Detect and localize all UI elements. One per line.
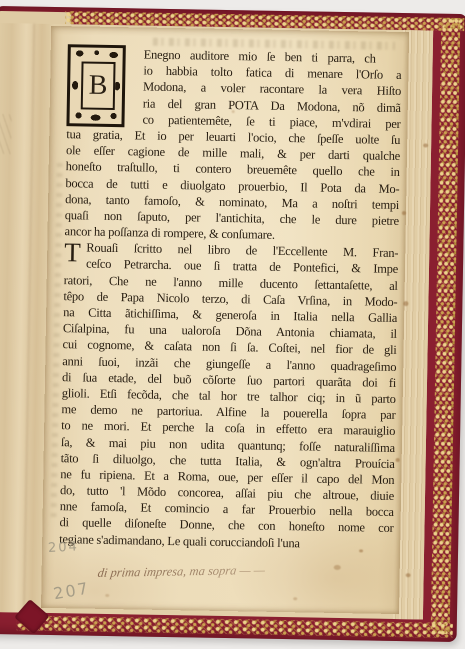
flyleaf-ink-marks: [0, 114, 12, 154]
foxing-spot: [406, 573, 411, 577]
pencil-number-upper: 204: [48, 539, 80, 556]
foxing-spot: [359, 549, 363, 552]
foxing-spot: [105, 594, 109, 597]
paragraph-1: Enegno auditore mio ſe ben ti parra, chi…: [64, 45, 401, 245]
foxing-spot: [334, 565, 341, 570]
printed-text: Enegno auditore mio ſe ben ti parra, chi…: [59, 45, 402, 553]
foxing-spot: [232, 110, 235, 113]
foxing-spot: [396, 458, 400, 462]
initial-T: T: [64, 237, 81, 267]
paragraph-2: Rouaſi ſcritto nel libro de l'Eccellente…: [59, 239, 398, 552]
book: B Enegno auditore mio ſe ben ti parra, c…: [0, 6, 465, 642]
foxing-spot: [293, 597, 297, 600]
foxing-spot: [403, 301, 408, 306]
foxing-spot: [423, 143, 428, 147]
foxing-spot: [402, 211, 406, 215]
photo-background: { "page": { "dropcap": "B", "paragraph1"…: [0, 0, 465, 649]
